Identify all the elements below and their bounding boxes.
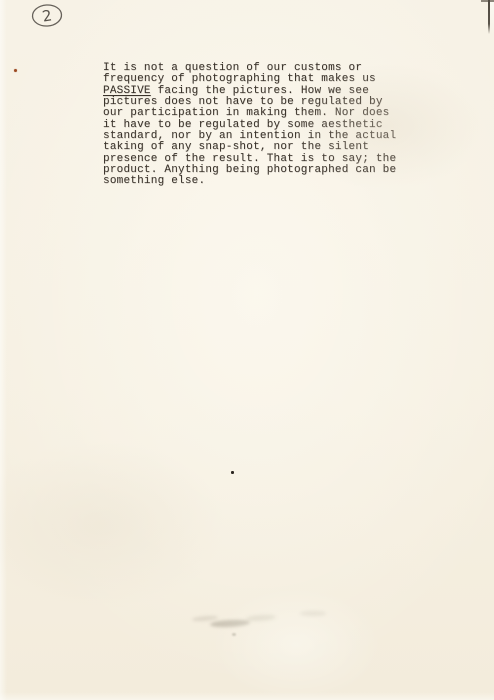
pencil-smudge <box>192 615 218 622</box>
page-number-circled: 2 <box>28 2 66 30</box>
scan-edge-right-light <box>490 2 494 36</box>
red-fleck <box>14 69 17 72</box>
scanned-page: 2 It is not a question of our customs or… <box>0 0 494 700</box>
scan-edge-bottom <box>0 692 494 700</box>
typed-paragraph: It is not a question of our customs orfr… <box>103 63 413 188</box>
pencil-smudge <box>210 619 250 628</box>
typed-line: something else. <box>103 176 413 187</box>
pencil-smudge <box>246 614 276 622</box>
pencil-smudge <box>232 633 236 636</box>
scan-edge-left <box>0 0 7 700</box>
underlined-word: PASSIVE <box>103 85 151 97</box>
ink-speck <box>231 471 234 474</box>
page-number: 2 <box>41 6 54 25</box>
pencil-smudge <box>300 611 326 616</box>
